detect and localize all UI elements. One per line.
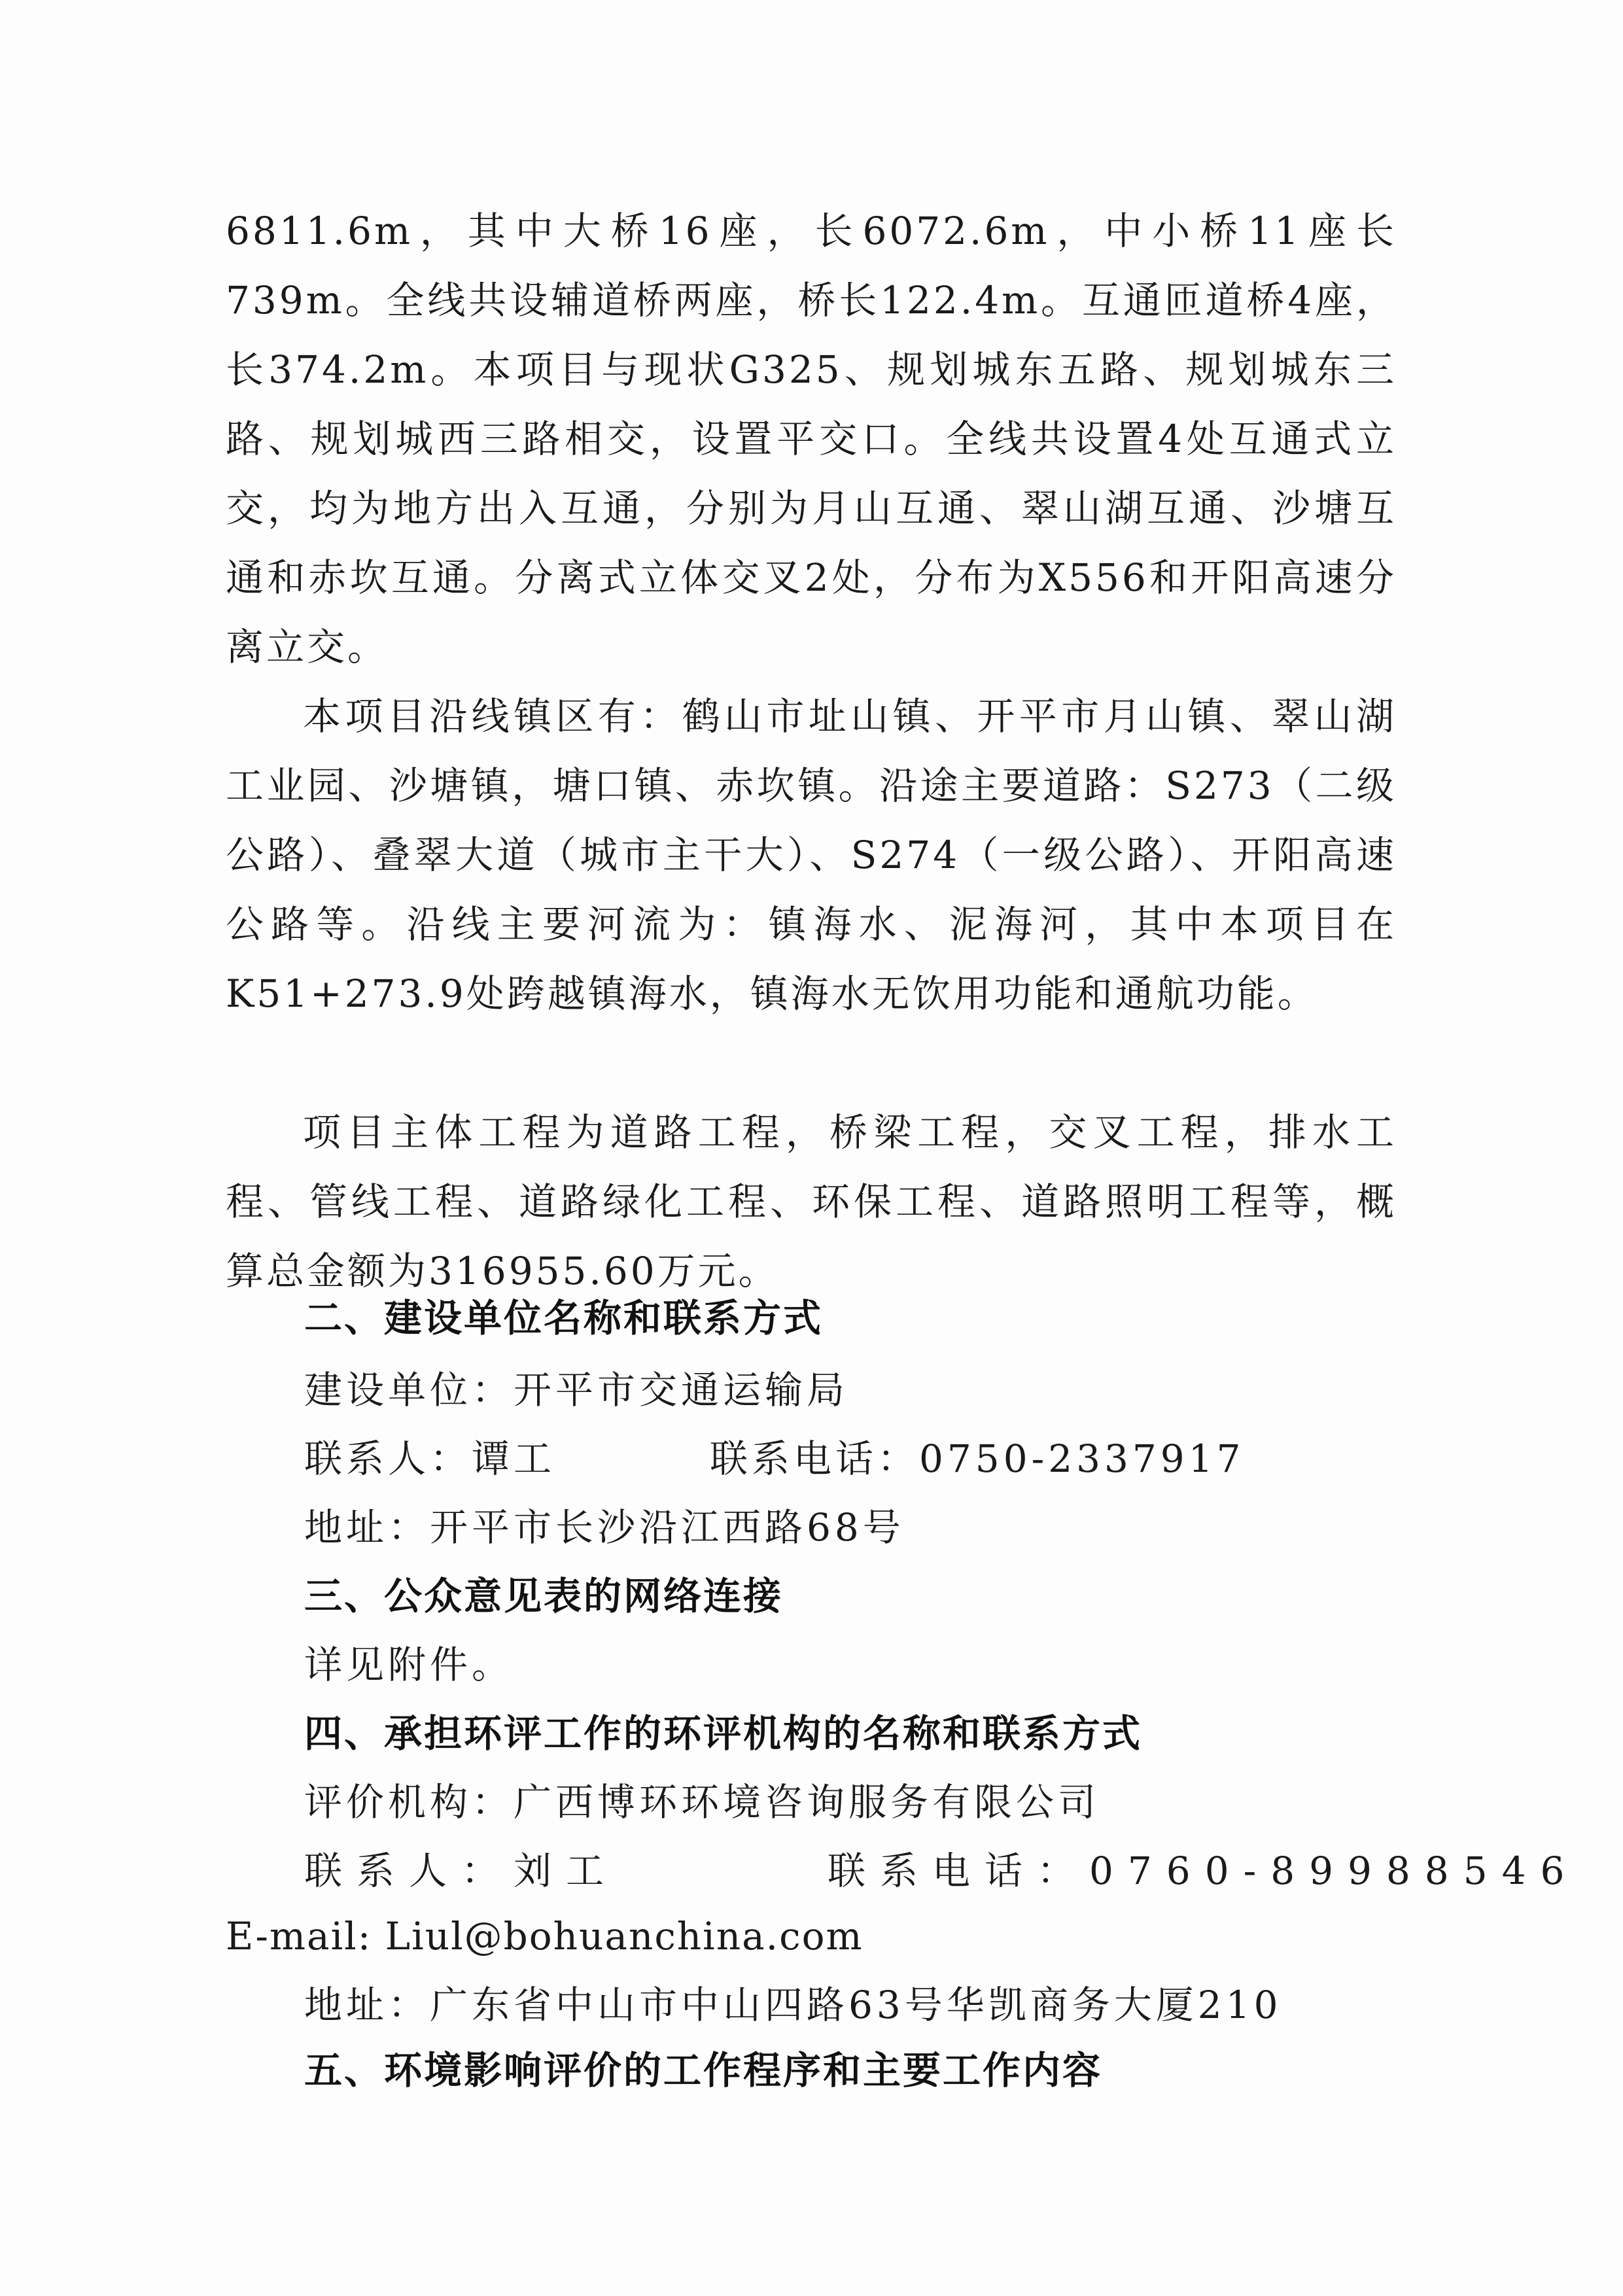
section-3-heading: 三、公众意见表的网络连接 bbox=[304, 1570, 783, 1622]
eia-organization: 评价机构：广西博环环境咨询服务有限公司 bbox=[304, 1776, 1100, 1828]
eia-email: E-mail: Liul@bohuanchina.com bbox=[226, 1910, 863, 1962]
document-page: 6811.6m，其中大桥16座，长6072.6m，中小桥11座长739m。全线共… bbox=[0, 0, 1623, 2296]
section-5-heading: 五、环境影响评价的工作程序和主要工作内容 bbox=[304, 2044, 1102, 2096]
main-works-text: 项目主体工程为道路工程，桥梁工程，交叉工程，排水工程、管线工程、道路绿化工程、环… bbox=[226, 1098, 1397, 1306]
eia-contact-person: 联系人：刘工 bbox=[304, 1845, 618, 1897]
section-4-heading: 四、承担环评工作的环评机构的名称和联系方式 bbox=[304, 1707, 1142, 1760]
public-opinion-form-reference: 详见附件。 bbox=[304, 1639, 514, 1691]
project-overview-text: 6811.6m，其中大桥16座，长6072.6m，中小桥11座长739m。全线共… bbox=[226, 196, 1397, 682]
towns-roads-rivers-text: 本项目沿线镇区有：鹤山市址山镇、开平市月山镇、翠山湖工业园、沙塘镇，塘口镇、赤坎… bbox=[226, 682, 1397, 1028]
paragraph-bridges-interchanges: 6811.6m，其中大桥16座，长6072.6m，中小桥11座长739m。全线共… bbox=[226, 196, 1397, 682]
eia-address: 地址：广东省中山市中山四路63号华凯商务大厦210 bbox=[304, 1979, 1282, 2031]
eia-contact-phone: 联系电话：0760-89988546 bbox=[828, 1845, 1579, 1897]
construction-contact-person: 联系人：谭工 bbox=[304, 1433, 555, 1485]
section-2-heading: 二、建设单位名称和联系方式 bbox=[304, 1292, 823, 1344]
paragraph-main-works: 项目主体工程为道路工程，桥梁工程，交叉工程，排水工程、管线工程、道路绿化工程、环… bbox=[226, 1098, 1397, 1306]
paragraph-towns-roads: 本项目沿线镇区有：鹤山市址山镇、开平市月山镇、翠山湖工业园、沙塘镇，塘口镇、赤坎… bbox=[226, 682, 1397, 1028]
construction-unit: 建设单位：开平市交通运输局 bbox=[304, 1364, 848, 1416]
construction-contact-phone: 联系电话：0750-2337917 bbox=[710, 1433, 1245, 1485]
construction-unit-address: 地址：开平市长沙沿江西路68号 bbox=[304, 1501, 905, 1554]
